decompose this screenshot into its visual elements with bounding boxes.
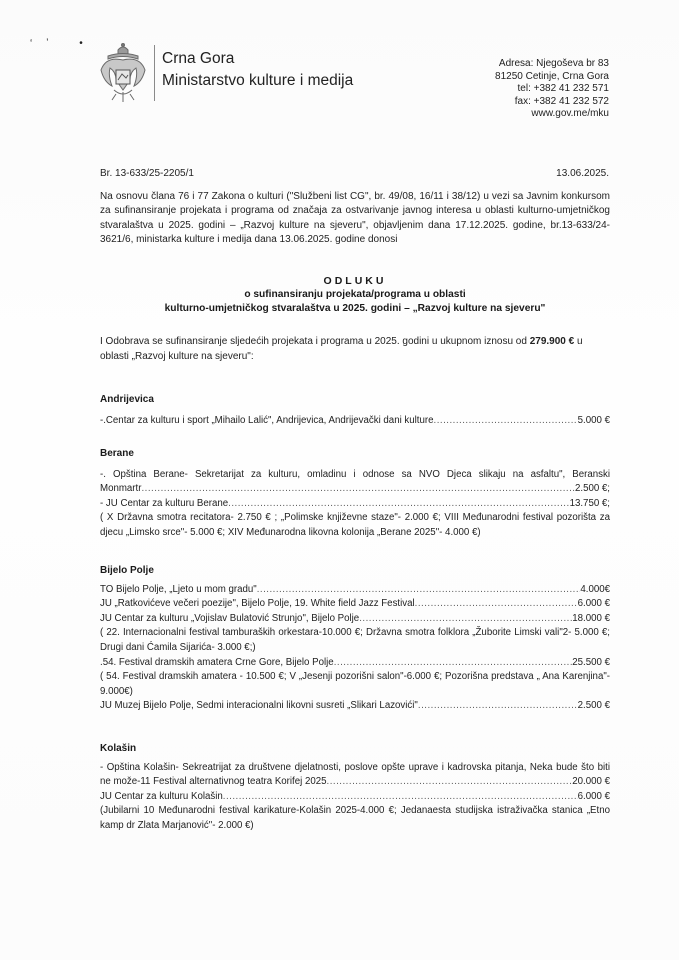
entry-amount: 6.000 € bbox=[578, 597, 610, 612]
funding-entry: - JU Centar za kulturu Berane13.750 €; bbox=[100, 497, 610, 512]
montenegro-coat-of-arms-icon bbox=[98, 42, 148, 104]
decision-paragraph: I Odobrava se sufinansiranje sljedećih p… bbox=[100, 335, 610, 364]
entry-amount: 13.750 €; bbox=[570, 497, 610, 512]
title-line-1: o sufinansiranju projekata/programa u ob… bbox=[100, 288, 610, 302]
entry-title: JU Muzej Bijelo Polje, Sedmi interaciona… bbox=[100, 699, 418, 714]
organization-block: Crna Gora Ministarstvo kulture i medija bbox=[162, 48, 353, 92]
entry-title: JU Centar za kulturu Kolašin bbox=[100, 790, 223, 805]
section-kolasin: Kolašin- Opština Kolašin- Sekreatrijat z… bbox=[100, 742, 610, 834]
entry-amount: 2.500 €; bbox=[575, 482, 610, 497]
entry-title: ne može-11 Festival alternativnog teatra… bbox=[100, 775, 327, 790]
entry-title: JU Centar za kulturu „Vojislav Bulatović… bbox=[100, 612, 359, 627]
entry-breakdown-note: (Jubilarni 10 Međunarodni festival karik… bbox=[100, 804, 610, 833]
entry-text-lead: -. Opština Berane- Sekretarijat za kultu… bbox=[100, 468, 610, 483]
funding-entry: TO Bijelo Polje, „Ljeto u mom gradu"4.00… bbox=[100, 583, 610, 598]
entry-text-lead: - Opština Kolašin- Sekreatrijat za društ… bbox=[100, 761, 610, 776]
dot-leader bbox=[327, 775, 573, 790]
funding-entry: JU Centar za kulturu Kolašin6.000 € bbox=[100, 790, 610, 805]
entry-breakdown-note: ( 22. Internacionalni festival tamburašk… bbox=[100, 626, 610, 655]
address-block: Adresa: Njegoševa br 83 81250 Cetinje, C… bbox=[495, 58, 609, 121]
section-berane: Berane-. Opština Berane- Sekretarijat za… bbox=[100, 447, 610, 541]
entry-amount: 5.000 € bbox=[578, 414, 610, 429]
entry-amount: 6.000 € bbox=[578, 790, 610, 805]
dot-leader bbox=[434, 414, 578, 429]
document-date: 13.06.2025. bbox=[556, 168, 609, 179]
decision-title: ODLUKU o sufinansiranju projekata/progra… bbox=[100, 274, 610, 316]
dot-leader bbox=[257, 583, 581, 598]
city-line: 81250 Cetinje, Crna Gora bbox=[495, 71, 609, 84]
section-andrijevica: Andrijevica-.Centar za kulturu i sport „… bbox=[100, 393, 610, 428]
funding-entry: .54. Festival dramskih amatera Crne Gore… bbox=[100, 656, 610, 671]
phone-line: tel: +382 41 232 571 bbox=[495, 83, 609, 96]
intro-paragraph: Na osnovu člana 76 i 77 Zakona o kulturi… bbox=[100, 190, 610, 247]
section-heading: Andrijevica bbox=[100, 393, 610, 408]
entry-title: JU „Ratkovićeve večeri poezije", Bijelo … bbox=[100, 597, 415, 612]
header-divider bbox=[154, 45, 155, 101]
document-page: ‘ʼ • Crna Gora Ministarstvo kulture i me… bbox=[0, 0, 679, 960]
entry-amount: 25.500 € bbox=[572, 656, 610, 671]
dot-leader bbox=[415, 597, 578, 612]
reference-number: Br. 13-633/25-2205/1 bbox=[100, 168, 194, 179]
entry-amount: 4.000€ bbox=[580, 583, 610, 598]
entry-title: - JU Centar za kulturu Berane bbox=[100, 497, 228, 512]
funding-entry: JU Centar za kulturu „Vojislav Bulatović… bbox=[100, 612, 610, 627]
ministry-name: Ministarstvo kulture i medija bbox=[162, 70, 353, 92]
entry-breakdown-note: ( 54. Festival dramskih amatera - 10.500… bbox=[100, 670, 610, 699]
dot-leader bbox=[223, 790, 578, 805]
decision-total: 279.900 € bbox=[530, 336, 575, 347]
fax-line: fax: +382 41 232 572 bbox=[495, 96, 609, 109]
dot-leader bbox=[141, 482, 575, 497]
entry-amount: 18.000 € bbox=[572, 612, 610, 627]
country-name: Crna Gora bbox=[162, 48, 353, 70]
dot-leader bbox=[418, 699, 578, 714]
scan-specks: ‘ʼ • bbox=[30, 38, 97, 49]
decision-text-before: I Odobrava se sufinansiranje sljedećih p… bbox=[100, 336, 530, 347]
entry-amount: 20.000 € bbox=[572, 775, 610, 790]
funding-entry: ne može-11 Festival alternativnog teatra… bbox=[100, 775, 610, 790]
title-main: ODLUKU bbox=[100, 274, 610, 288]
dot-leader bbox=[359, 612, 572, 627]
entry-breakdown-note: ( X Državna smotra recitatora- 2.750 € ;… bbox=[100, 511, 610, 540]
title-line-2: kulturno-umjetničkog stvaralaštva u 2025… bbox=[100, 302, 610, 316]
section-heading: Kolašin bbox=[100, 742, 610, 757]
entry-title: TO Bijelo Polje, „Ljeto u mom gradu" bbox=[100, 583, 257, 598]
funding-entry: JU „Ratkovićeve večeri poezije", Bijelo … bbox=[100, 597, 610, 612]
address-line: Adresa: Njegoševa br 83 bbox=[495, 58, 609, 71]
section-heading: Berane bbox=[100, 447, 610, 462]
website-link[interactable]: www.gov.me/mku bbox=[495, 108, 609, 121]
section-heading: Bijelo Polje bbox=[100, 564, 610, 579]
funding-entry: Monmartr2.500 €; bbox=[100, 482, 610, 497]
section-bijelo-polje: Bijelo Polje TO Bijelo Polje, „Ljeto u m… bbox=[100, 564, 610, 714]
entry-title: Monmartr bbox=[100, 482, 141, 497]
entry-title: -.Centar za kulturu i sport „Mihailo Lal… bbox=[100, 414, 434, 429]
dot-leader bbox=[228, 497, 569, 512]
entry-amount: 2.500 € bbox=[578, 699, 610, 714]
dot-leader bbox=[334, 656, 573, 671]
funding-entry: JU Muzej Bijelo Polje, Sedmi interaciona… bbox=[100, 699, 610, 714]
funding-entry: -.Centar za kulturu i sport „Mihailo Lal… bbox=[100, 414, 610, 429]
entry-title: .54. Festival dramskih amatera Crne Gore… bbox=[100, 656, 334, 671]
